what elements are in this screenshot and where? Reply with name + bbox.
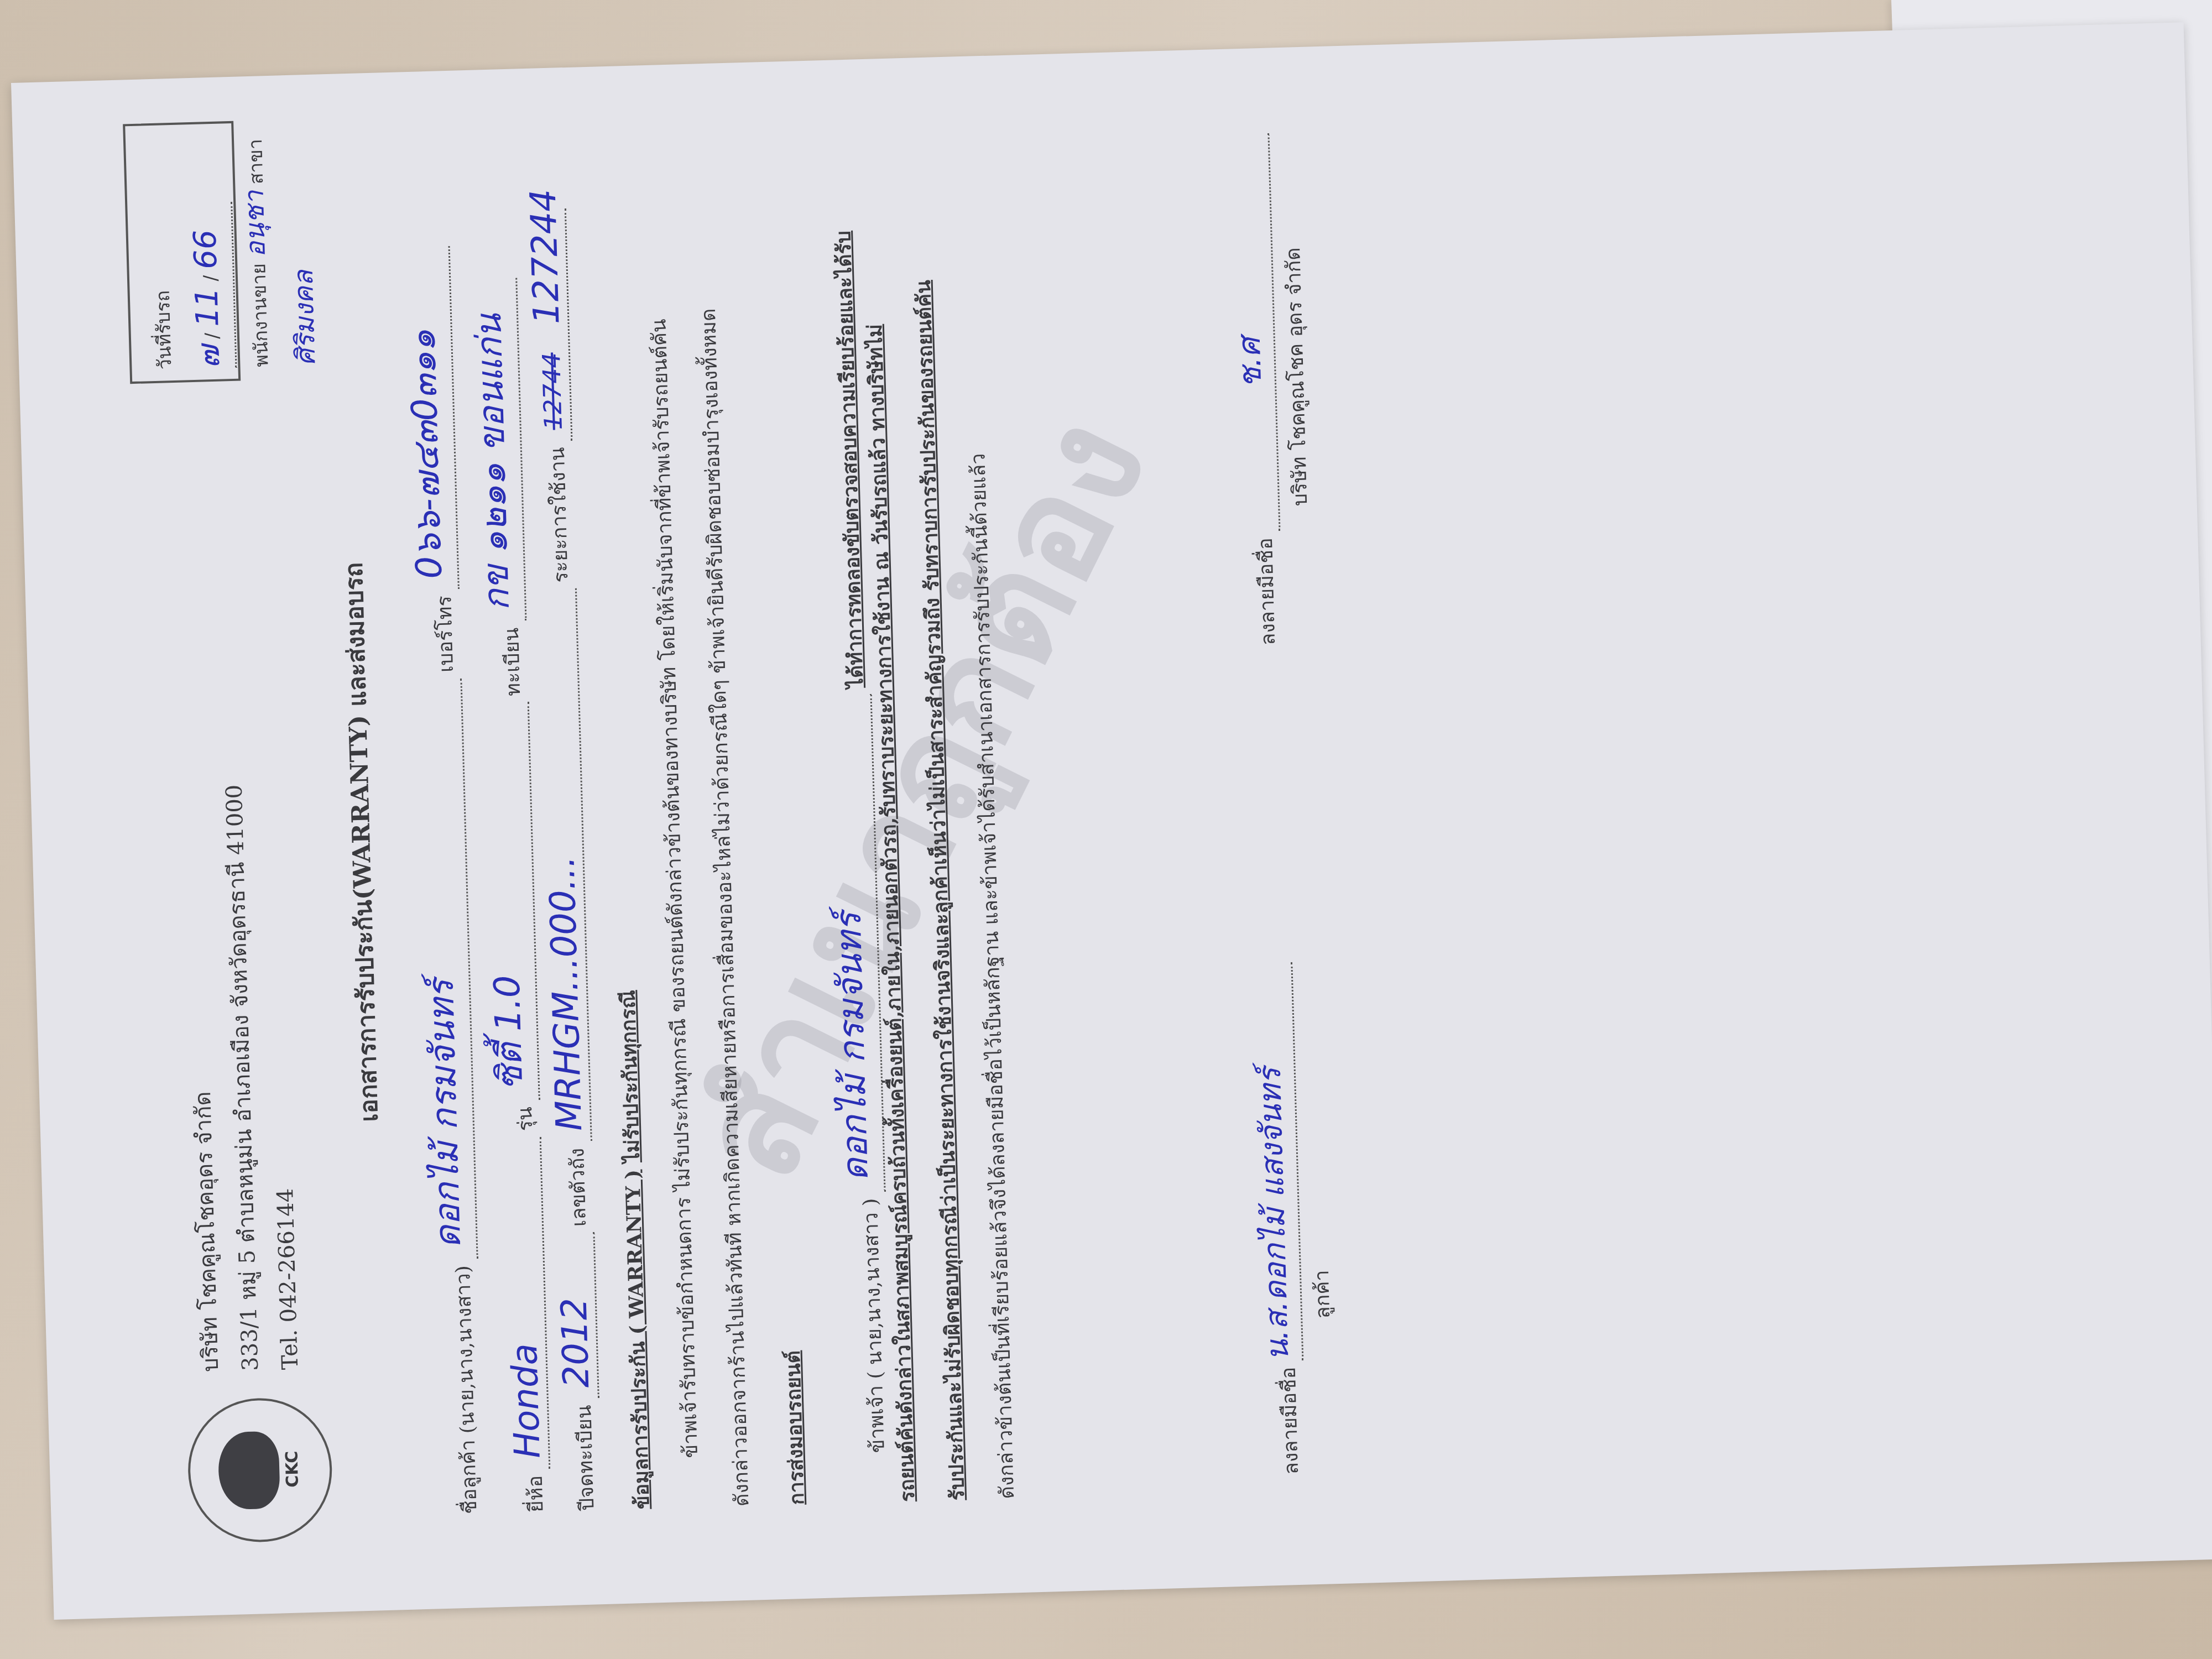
warranty-heading: ข้อมูลการรับประกัน ( WARRANTY ) ไม่รับปร…: [612, 990, 658, 1510]
year-field[interactable]: 2012: [552, 1233, 599, 1400]
document-content: สำเนาถูกต้อง CKC บริษัท โชคคูณโชคอุดร จำ…: [11, 22, 2212, 1620]
customer-name-label: ชื่อลูกค้า (นาย,นาง,นางสาว): [452, 1265, 482, 1515]
customer-signature-row: ลงลายมือชื่อ น.ส.ดอกไม้ แสงจันทร์: [1241, 962, 1307, 1475]
mileage-field[interactable]: 12744 127244: [524, 208, 573, 442]
brand-field[interactable]: Honda: [499, 1137, 551, 1470]
company-header: บริษัท โชคคูณโชคอุดร จำกัด 333/1 หมู่ 5 …: [175, 783, 311, 1373]
salesperson-label: พนักงานขาย: [248, 263, 273, 367]
warranty-paragraph-1: ข้าพเจ้ารับทราบข้อกำหนดการ ไม่รับประกันท…: [643, 319, 706, 1459]
receipt-date-label: วันที่รับรถ: [152, 290, 176, 369]
year-label: ปีจดทะเบียน: [573, 1405, 598, 1511]
mileage-struck: 12744: [538, 352, 568, 430]
chassis-field[interactable]: MRHGM...000...: [534, 588, 592, 1142]
plate-field[interactable]: กข ๑๒๑๑ ขอนแก่น: [459, 278, 526, 623]
model-label: รุ่น: [514, 1107, 537, 1131]
branch-value[interactable]: ศิริมงคล: [288, 270, 322, 366]
bird-emblem-icon: [217, 1431, 280, 1510]
warranty-document-sheet: สำเนาถูกต้อง CKC บริษัท โชคคูณโชคอุดร จำ…: [11, 22, 2212, 1620]
company-signature-row: ลงลายมือชื่อ ช.ศ: [1218, 133, 1284, 646]
receipt-date-field[interactable]: ๗ / 11 / 66: [182, 202, 237, 369]
delivery-heading: การส่งมอบรถยนต์: [777, 1350, 813, 1505]
customer-signature-field[interactable]: น.ส.ดอกไม้ แสงจันทร์: [1241, 962, 1303, 1361]
customer-name-field[interactable]: ดอกไม้ กรมจันทร์: [404, 678, 478, 1260]
company-logo: CKC: [186, 1396, 334, 1544]
logo-abbreviation: CKC: [282, 1451, 302, 1488]
plate-label: ทะเบียน: [500, 627, 525, 696]
branch-label: สาขา: [244, 139, 268, 185]
chassis-label: เลขตัวถัง: [566, 1147, 591, 1227]
phone-field[interactable]: 0๖๖-๗๔๓0๓๑๑: [392, 246, 460, 591]
model-field[interactable]: ซิตี้ 1.0: [471, 702, 540, 1102]
customer-role: ลูกค้า: [1306, 1270, 1338, 1319]
company-signature-field[interactable]: ช.ศ: [1218, 133, 1280, 533]
company-role: บริษัท โชคคูณโชค อุดร จำกัด: [1277, 247, 1316, 507]
salesperson-value[interactable]: อนุชา: [239, 190, 272, 258]
receipt-info-box: วันที่รับรถ ๗ / 11 / 66 พนักงานขาย อนุชา…: [123, 121, 241, 384]
brand-label: ยี่ห้อ: [524, 1475, 548, 1512]
document-title: เอกสารการรับประกัน(WARRANTY) และส่งมอบรถ: [321, 73, 403, 1611]
phone-label: เบอร์โทร: [433, 596, 458, 673]
mileage-label: ระยะการใช้งาน: [546, 447, 573, 583]
